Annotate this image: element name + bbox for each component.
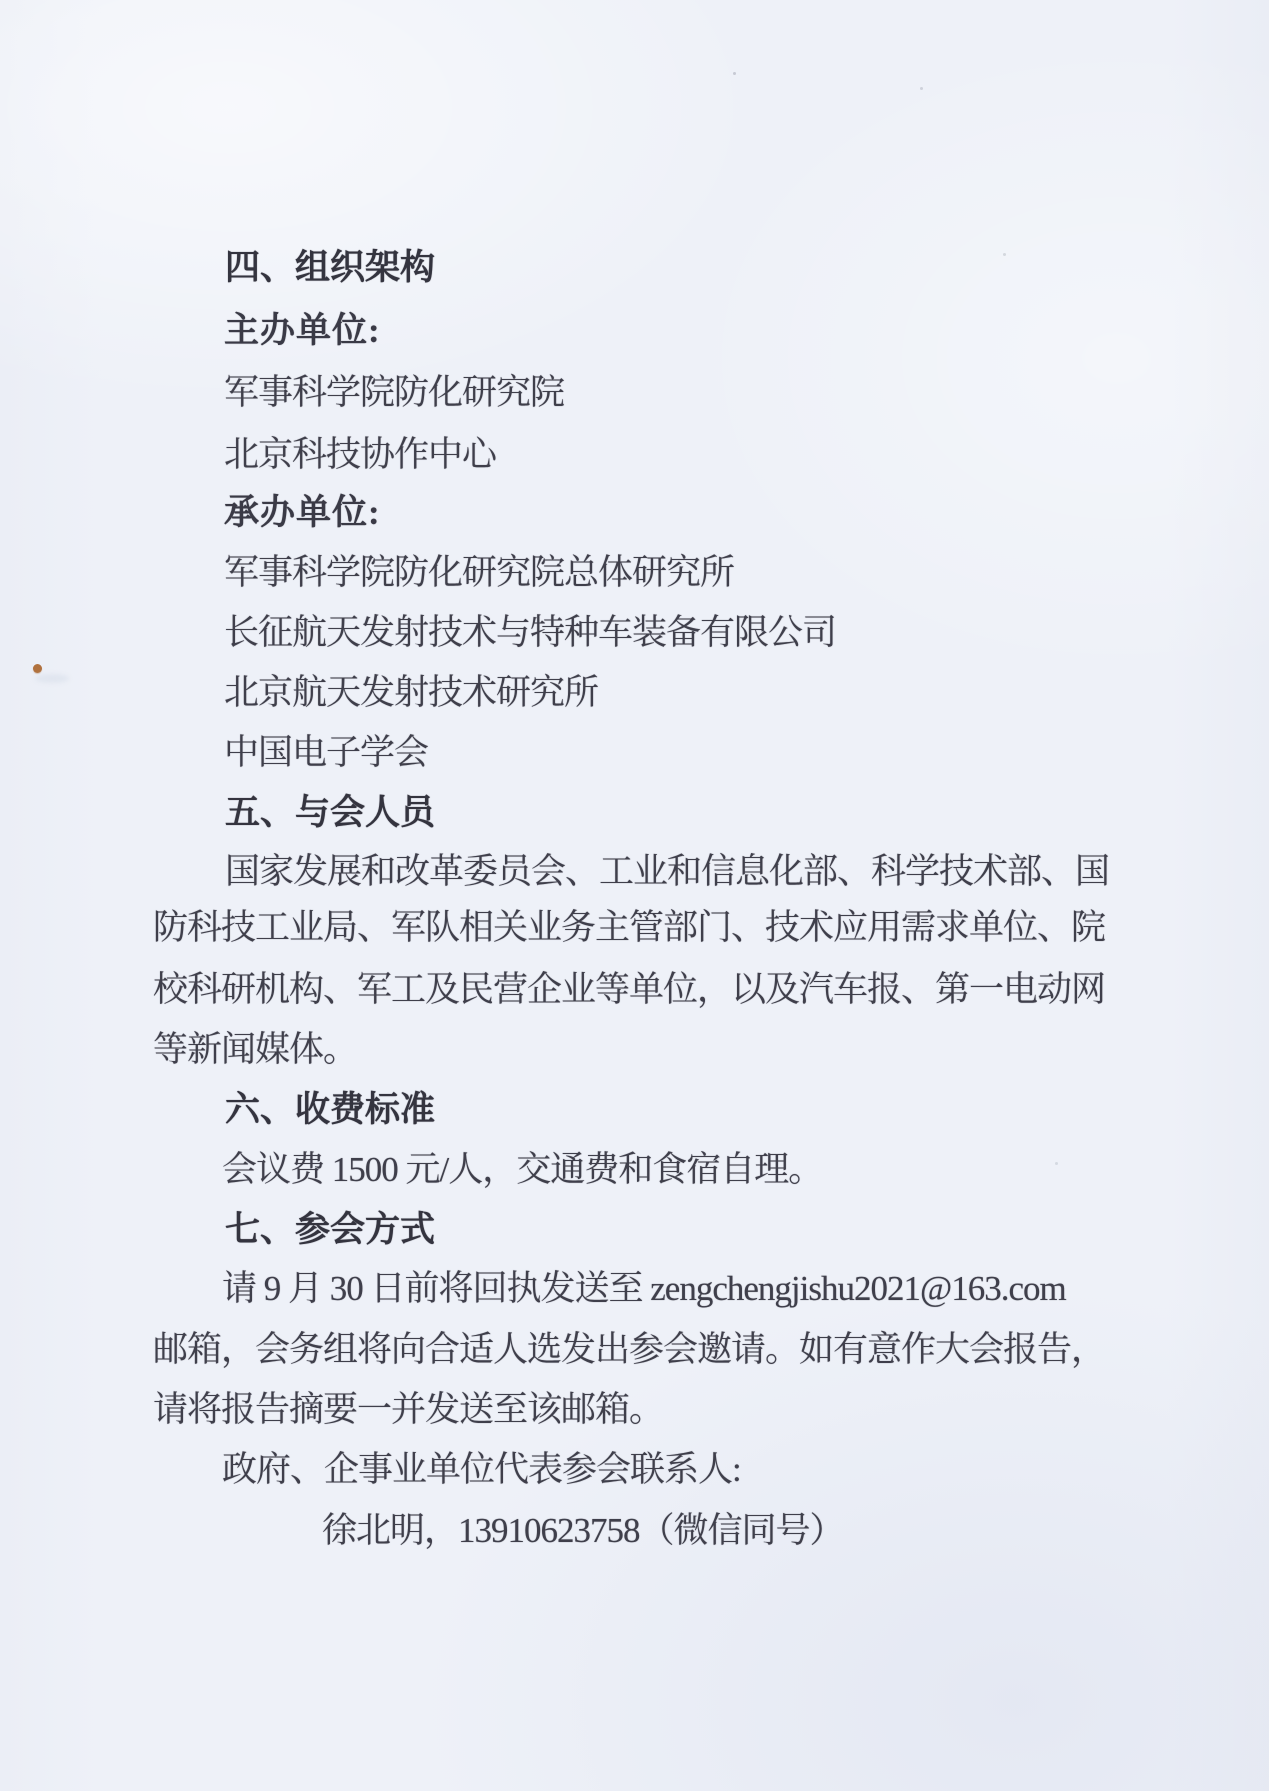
organizer-unit-2: 长征航天发射技术与特种车装备有限公司 — [224, 613, 836, 653]
contact-intro-line: 政府、企事业单位代表参会联系人: — [222, 1450, 741, 1490]
participants-line-2: 防科技工业局、军队相关业务主管部门、技术应用需求单位、院 — [153, 908, 1105, 948]
reply-email-line: 请 9 月 30 日前将回执发送至 zengchengjishu2021@163… — [222, 1269, 1066, 1309]
section-heading-how-to-join: 七、参会方式 — [225, 1210, 435, 1250]
contact-person-line: 徐北明，13910623758（微信同号） — [322, 1511, 844, 1551]
organizer-unit-1: 军事科学院防化研究院总体研究所 — [224, 553, 734, 593]
section-heading-participants: 五、与会人员 — [225, 793, 435, 833]
participants-line-1: 国家发展和改革委员会、工业和信息化部、科学技术部、国 — [225, 852, 1109, 892]
organizer-units-label: 承办单位: — [224, 493, 381, 533]
scan-speck-orange — [33, 664, 42, 673]
host-unit-1: 军事科学院防化研究院 — [224, 373, 564, 413]
organizer-unit-3: 北京航天发射技术研究所 — [224, 673, 598, 713]
fee-line: 会议费 1500 元/人，交通费和食宿自理。 — [222, 1150, 822, 1190]
participants-line-3: 校科研机构、军工及民营企业等单位，以及汽车报、第一电动网 — [153, 970, 1105, 1010]
document-page: 四、组织架构 主办单位: 军事科学院防化研究院 北京科技协作中心 承办单位: 军… — [0, 0, 1269, 1791]
section-heading-organization: 四、组织架构 — [225, 248, 435, 288]
abstract-line: 请将报告摘要一并发送至该邮箱。 — [153, 1390, 663, 1430]
section-heading-fees: 六、收费标准 — [225, 1090, 435, 1130]
scan-specks-gray — [733, 72, 736, 75]
participants-line-4: 等新闻媒体。 — [153, 1030, 357, 1070]
invitation-line: 邮箱，会务组将向合适人选发出参会邀请。如有意作大会报告， — [153, 1330, 1105, 1370]
host-units-label: 主办单位: — [224, 311, 381, 351]
organizer-unit-4: 中国电子学会 — [224, 733, 428, 773]
host-unit-2: 北京科技协作中心 — [224, 435, 496, 475]
